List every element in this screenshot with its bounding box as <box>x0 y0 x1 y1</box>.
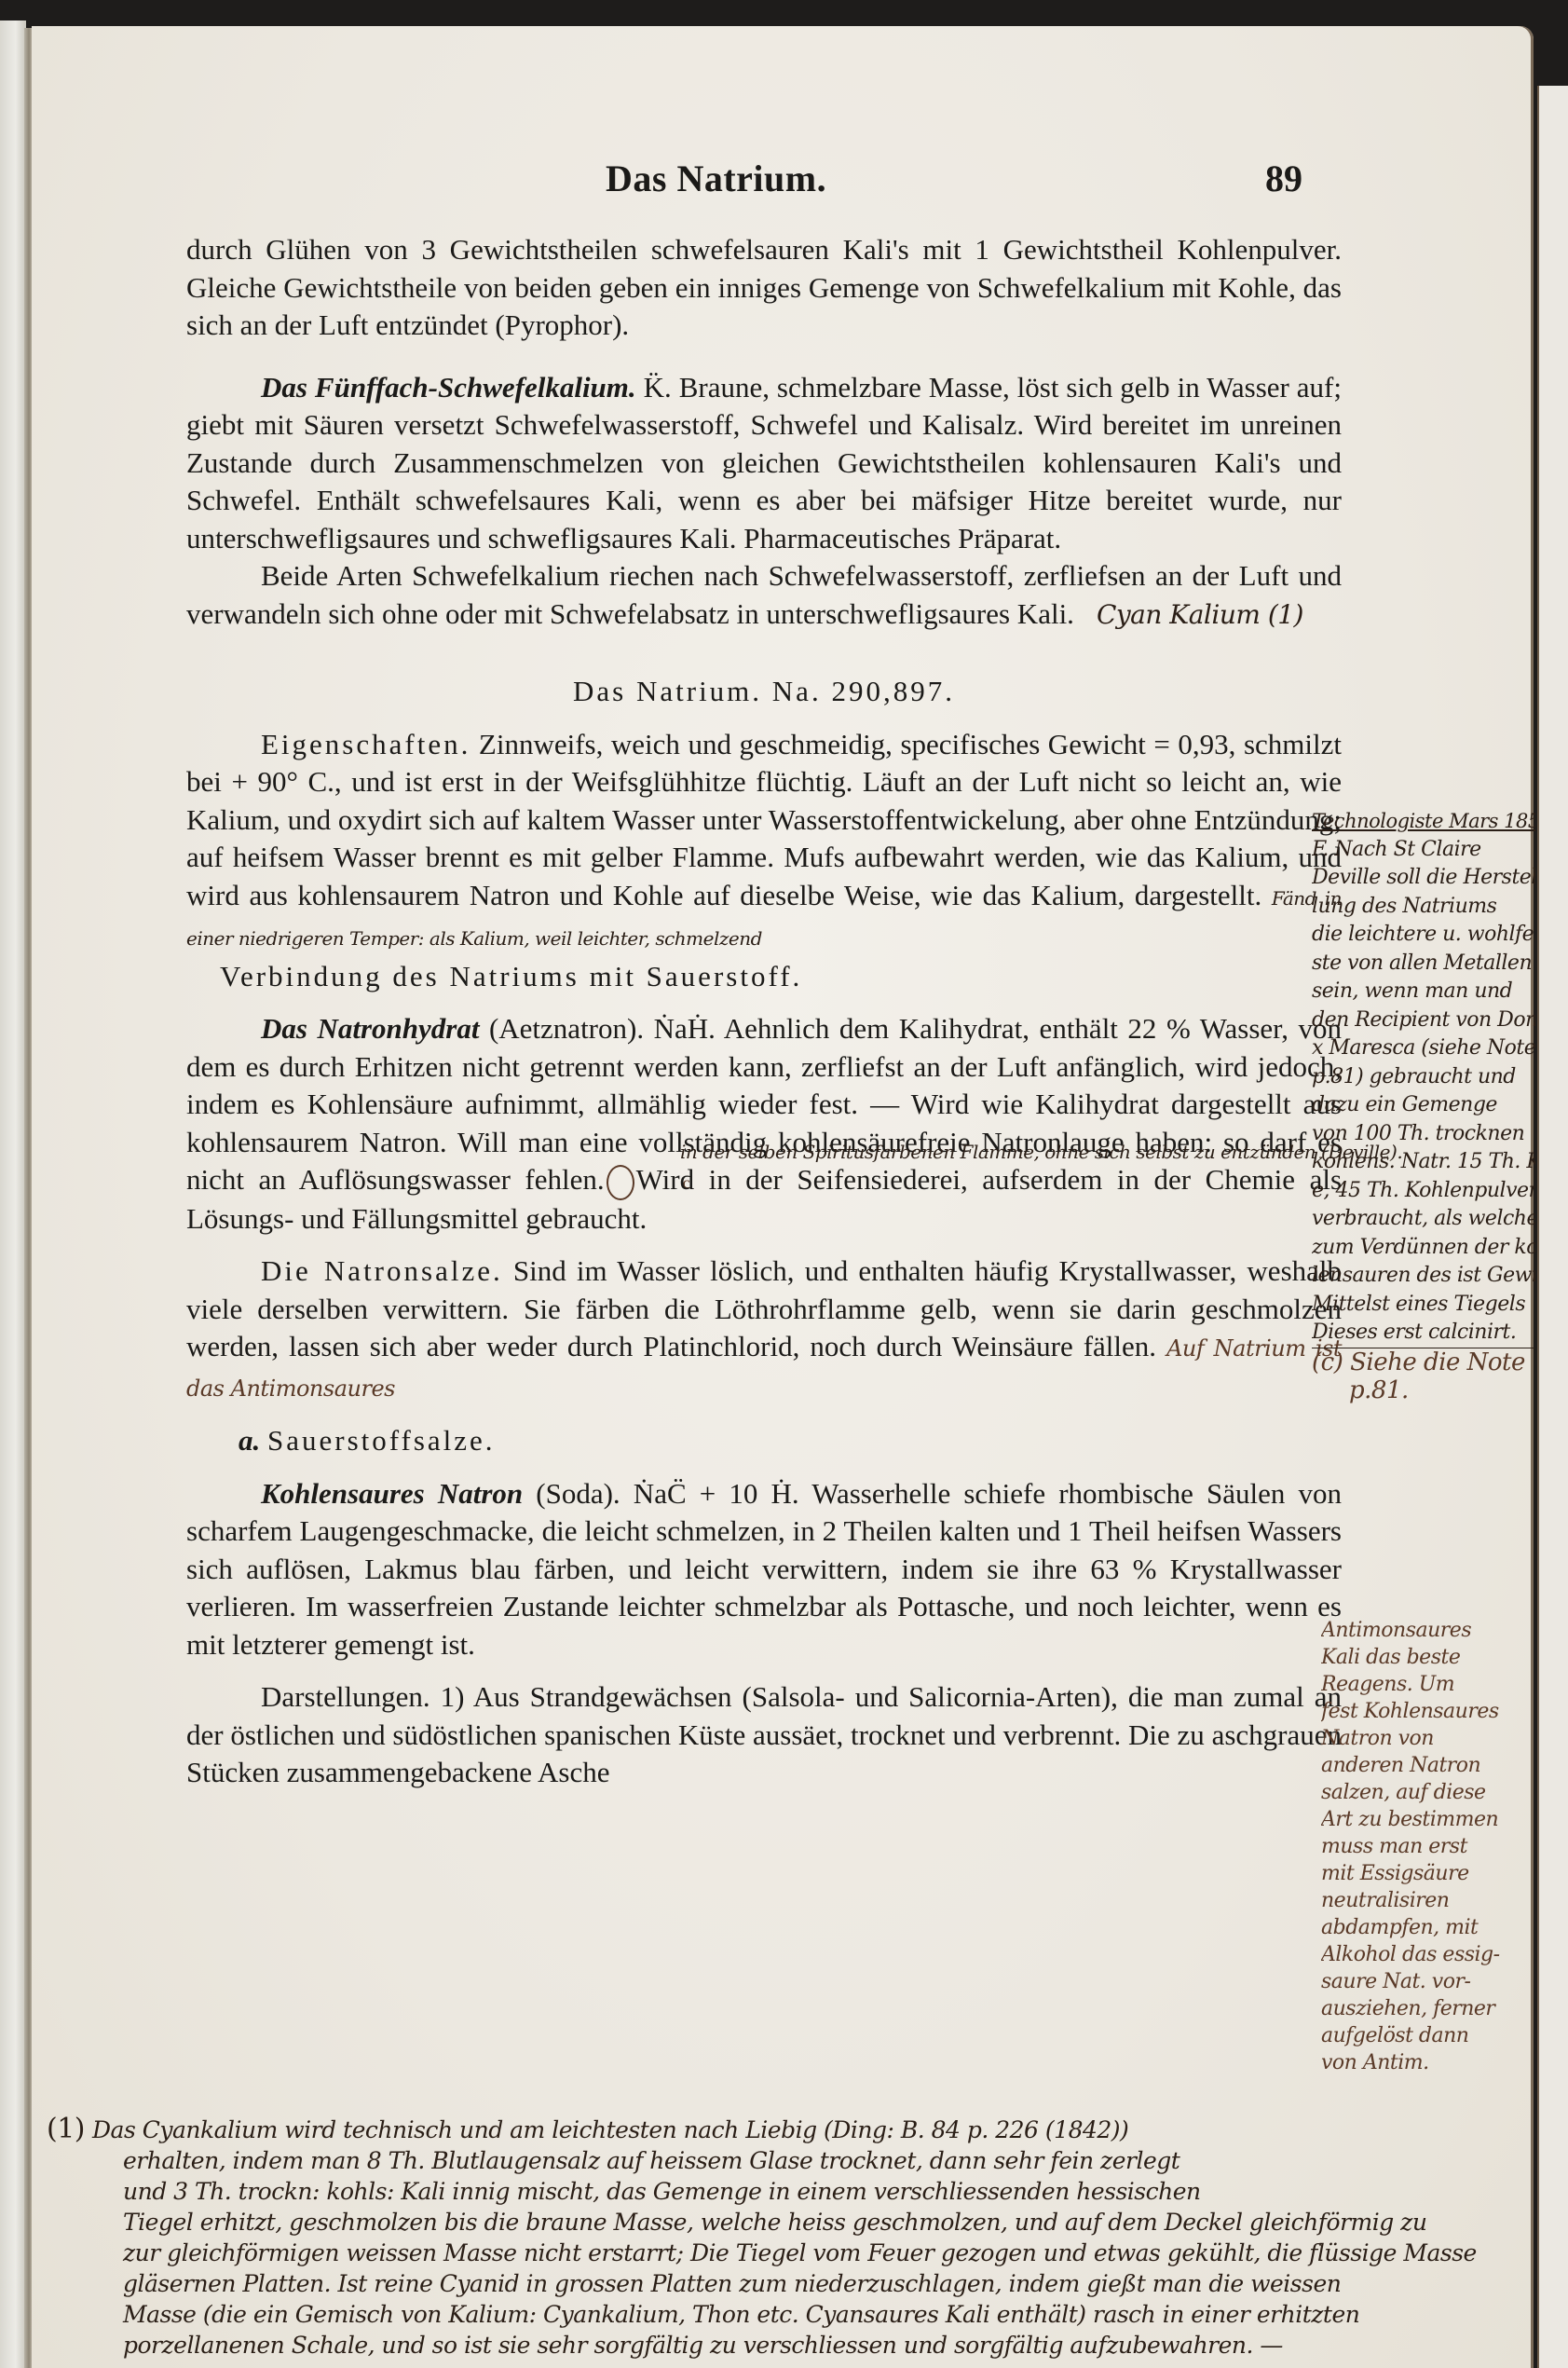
paragraph-beide-arten: Beide Arten Schwefelkalium riechen nach … <box>186 557 1342 634</box>
paragraph-lead: Darstellungen. <box>261 1680 430 1713</box>
paragraph-lead: Eigenschaften. <box>261 728 470 760</box>
margin-note-line: abdampfen, mit <box>1321 1914 1534 1941</box>
margin-note-line: Natron von <box>1321 1725 1534 1752</box>
margin-note-line: F. Nach St Claire <box>1312 836 1535 865</box>
running-head: Das Natrium. <box>606 157 826 200</box>
margin-note-line: anderen Natron <box>1321 1752 1534 1779</box>
margin-note-line: p.81) gebraucht und <box>1312 1063 1535 1092</box>
margin-note-line: zum Verdünnen der koh- <box>1312 1234 1535 1263</box>
footnote-line: zur gleichförmigen weissen Masse nicht e… <box>47 2238 1519 2268</box>
footnote-marker: (1) <box>47 2114 85 2145</box>
margin-note-line: aufgelöst dann <box>1321 2022 1534 2049</box>
margin-note-line: Alkohol das essig- <box>1321 1941 1534 1968</box>
margin-notes-lower: Antimonsaures Kali das beste Reagens. Um… <box>1321 1617 1534 2076</box>
paragraph-darstellungen: Darstellungen. 1) Aus Strandgewächsen (S… <box>186 1678 1342 1792</box>
margin-note-line: lensauren des ist Gewichts <box>1312 1262 1535 1291</box>
paragraph-eigenschaften: Eigenschaften. Zinnweifs, weich und gesc… <box>186 726 1342 958</box>
margin-notes-upper: Technologiste Mars 1855 F. Nach St Clair… <box>1312 807 1535 1405</box>
margin-note-line: ste von allen Metallen <box>1312 950 1535 979</box>
handwritten-note-cyankalium: Cyan Kalium (1) <box>1097 599 1303 630</box>
margin-note-line: Reagens. Um <box>1321 1671 1534 1698</box>
paragraph-kohlensaures-natron: Kohlensaures Natron (Soda). ṄaC̈ + 10 Ḣ.… <box>186 1475 1342 1664</box>
term-title: Das Natronhydrat <box>261 1012 479 1045</box>
paragraph-pyrophor: durch Glühen von 3 Gewichtstheilen schwe… <box>186 231 1342 345</box>
paragraph-lead: Die Natronsalze. <box>261 1254 503 1287</box>
section-heading-natrium: Das Natrium. Na. 290,897. <box>186 673 1342 711</box>
footnote-line: gläsernen Platten. Ist reine Cyanid in g… <box>47 2268 1519 2299</box>
handwritten-circled-mark: c <box>607 1165 634 1200</box>
margin-note-line: von 100 Th. trocknen <box>1312 1120 1535 1149</box>
footnote-line: (1)Das Cyankalium wird technisch und am … <box>47 2114 1519 2145</box>
margin-note-line: salzen, auf diese <box>1321 1779 1534 1806</box>
term-title: Das Fünffach-Schwefelkalium. <box>261 371 636 404</box>
page-body: durch Glühen von 3 Gewichtstheilen schwe… <box>186 231 1342 1792</box>
footnote-line: und 3 Th. trockn: kohls: Kali innig misc… <box>47 2176 1519 2207</box>
margin-note-line: Dieses erst calcinirt. <box>1312 1319 1535 1348</box>
margin-note-line: e, 45 Th. Kohlenpulver <box>1312 1177 1535 1206</box>
margin-note-line: Mittelst eines Tiegels <box>1312 1291 1535 1320</box>
margin-note-line: von Antim. <box>1321 2049 1534 2076</box>
margin-note-line: saure Nat. vor- <box>1321 1968 1534 1995</box>
paragraph-natronsalze: Die Natronsalze. Sind im Wasser löslich,… <box>186 1252 1342 1407</box>
handwritten-footnote: (1)Das Cyankalium wird technisch und am … <box>47 2114 1519 2361</box>
term-title: Kohlensaures Natron <box>261 1477 523 1510</box>
page-number: 89 <box>1265 157 1302 200</box>
margin-note-line: mit Essigsäure <box>1321 1860 1534 1887</box>
margin-note-line: den Recipient von Don- <box>1312 1006 1535 1035</box>
margin-note-line: verbraucht, als welches <box>1312 1205 1535 1234</box>
margin-note-line: x Maresca (siehe Note x <box>1312 1034 1535 1063</box>
margin-note-line: lung des Natriums <box>1312 893 1535 922</box>
margin-note-line: die leichtere u. wohlfeil- <box>1312 921 1535 950</box>
margin-note-line: Deville soll die Herstel- <box>1312 864 1535 893</box>
margin-note-line: muss man erst <box>1321 1833 1534 1860</box>
margin-note-line: kohlens. Natr. 15 Th. Kreid- <box>1312 1148 1535 1177</box>
left-page-edge <box>0 21 26 2368</box>
margin-note-line: ausziehen, ferner <box>1321 1995 1534 2022</box>
margin-note-line: dazu ein Gemenge <box>1312 1091 1535 1120</box>
margin-note-line: Art zu bestimmen <box>1321 1806 1534 1833</box>
margin-note-line: sein, wenn man und <box>1312 978 1535 1006</box>
subheading-sauerstoff: Verbindung des Natriums mit Sauerstoff. <box>186 958 1342 996</box>
margin-note-line: neutralisiren <box>1321 1887 1534 1914</box>
footnote-line: erhalten, indem man 8 Th. Blutlaugensalz… <box>47 2145 1519 2176</box>
right-page-edge <box>1537 86 1568 2368</box>
chemical-formula: K̈. <box>644 371 672 404</box>
margin-note-line: Technologiste Mars 1855 <box>1312 807 1535 836</box>
margin-note-line: Antimonsaures <box>1321 1617 1534 1644</box>
handwritten-interlinear-note: in der selben Spiritusfarbenen Flamme, o… <box>680 1141 1402 1163</box>
margin-note-line: p.81. <box>1312 1376 1535 1405</box>
paragraph-natronhydrat: Das Natronhydrat (Aetznatron). ṄaḢ. Aehn… <box>186 1010 1342 1238</box>
margin-note-line: Kali das beste <box>1321 1644 1534 1671</box>
footnote-line: Tiegel erhitzt, geschmolzen bis die brau… <box>47 2207 1519 2238</box>
margin-note-line: (c) Siehe die Note <box>1312 1348 1535 1377</box>
footnote-line: Masse (die ein Gemisch von Kalium: Cyank… <box>47 2299 1519 2330</box>
footnote-line: porzellanenen Schale, und so ist sie seh… <box>47 2330 1519 2361</box>
margin-note-line: fest Kohlensaures <box>1321 1698 1534 1725</box>
paragraph-fuenffach-schwefelkalium: Das Fünffach-Schwefelkalium. K̈. Braune,… <box>186 369 1342 558</box>
subsection-sauerstoffsalze: a. Sauerstoffsalze. <box>186 1422 1342 1460</box>
